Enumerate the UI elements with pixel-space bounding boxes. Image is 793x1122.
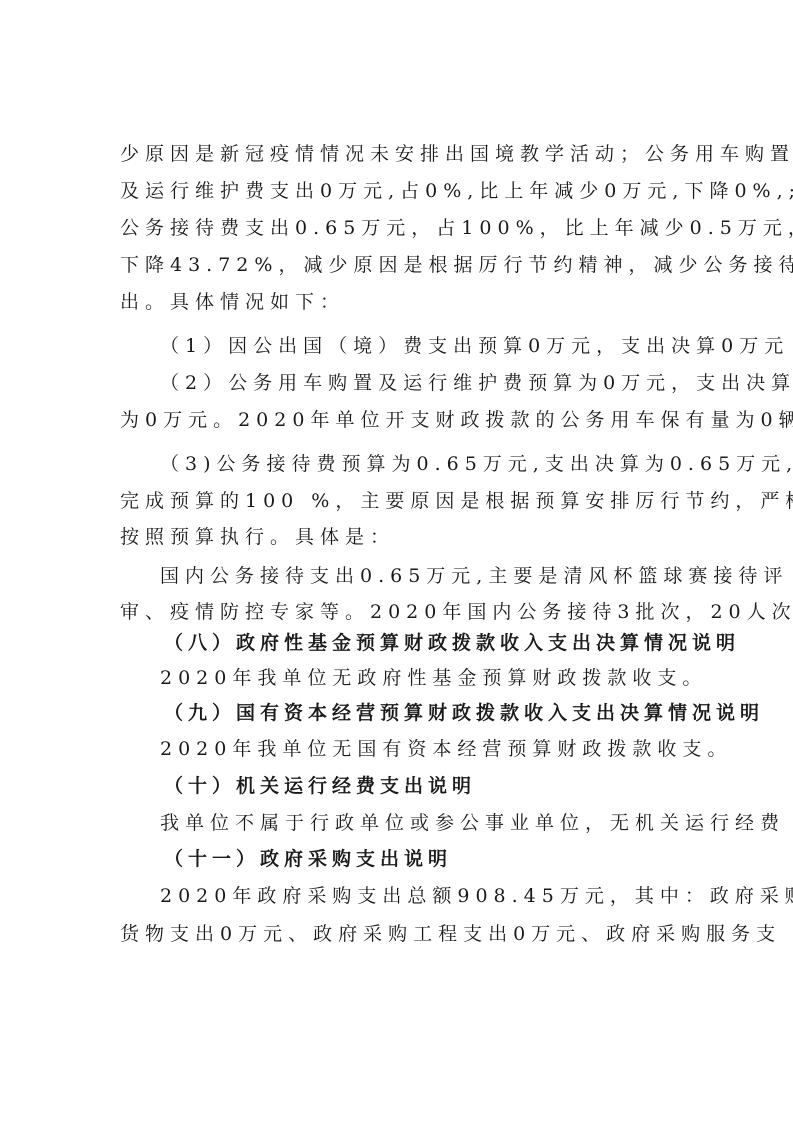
paragraph-line: 审、疫情防控专家等。2020年国内公务接待3批次，20人次。: [120, 600, 793, 624]
paragraph-line: 及运行维护费支出0万元,占0%,比上年减少0万元,下降0%,;: [120, 179, 793, 203]
list-item-overseas-travel: （1）因公出国（境）费支出预算0万元，支出决算0万元: [160, 334, 789, 358]
paragraph-line: 下降43.72%，减少原因是根据厉行节约精神，减少公务接待支: [120, 253, 793, 277]
section-heading-10: （十）机关运行经费支出说明: [164, 774, 476, 798]
paragraph-line: 公务接待费支出0.65万元，占100%，比上年减少0.5万元，: [120, 216, 793, 240]
list-item-reception: （3)公务接待费预算为0.65万元,支出决算为0.65万元,: [160, 452, 793, 476]
list-item-vehicle: （2）公务用车购置及运行维护费预算为0万元，支出决算: [160, 371, 793, 395]
paragraph-line: 国内公务接待支出0.65万元,主要是清风杯篮球赛接待评: [160, 564, 788, 588]
paragraph-line: 货物支出0万元、政府采购工程支出0万元、政府采购服务支: [120, 922, 781, 946]
section-heading-11: （十一）政府采购支出说明: [164, 847, 452, 871]
paragraph-line: 按照预算执行。具体是：: [120, 525, 395, 549]
paragraph-line: 出。具体情况如下：: [120, 290, 345, 314]
paragraph-line: 2020年我单位无政府性基金预算财政拨款收支。: [160, 666, 707, 690]
paragraph-line: 2020年我单位无国有资本经营预算财政拨款收支。: [160, 737, 732, 761]
paragraph-line: 我单位不属于行政单位或参公事业单位，无机关运行经费: [160, 811, 785, 835]
paragraph-line: 少原因是新冠疫情情况未安排出国境教学活动；公务用车购置: [120, 142, 793, 166]
paragraph-line: 为0万元。2020年单位开支财政拨款的公务用车保有量为0辆。: [120, 408, 793, 432]
section-heading-9: （九）国有资本经营预算财政拨款收入支出决算情况说明: [164, 701, 764, 725]
section-heading-8: （八）政府性基金预算财政拨款收入支出决算情况说明: [164, 631, 740, 655]
paragraph-line: 完成预算的100 %，主要原因是根据预算安排厉行节约，严格: [120, 489, 793, 513]
paragraph-line: 2020年政府采购支出总额908.45万元，其中：政府采购: [160, 884, 793, 908]
